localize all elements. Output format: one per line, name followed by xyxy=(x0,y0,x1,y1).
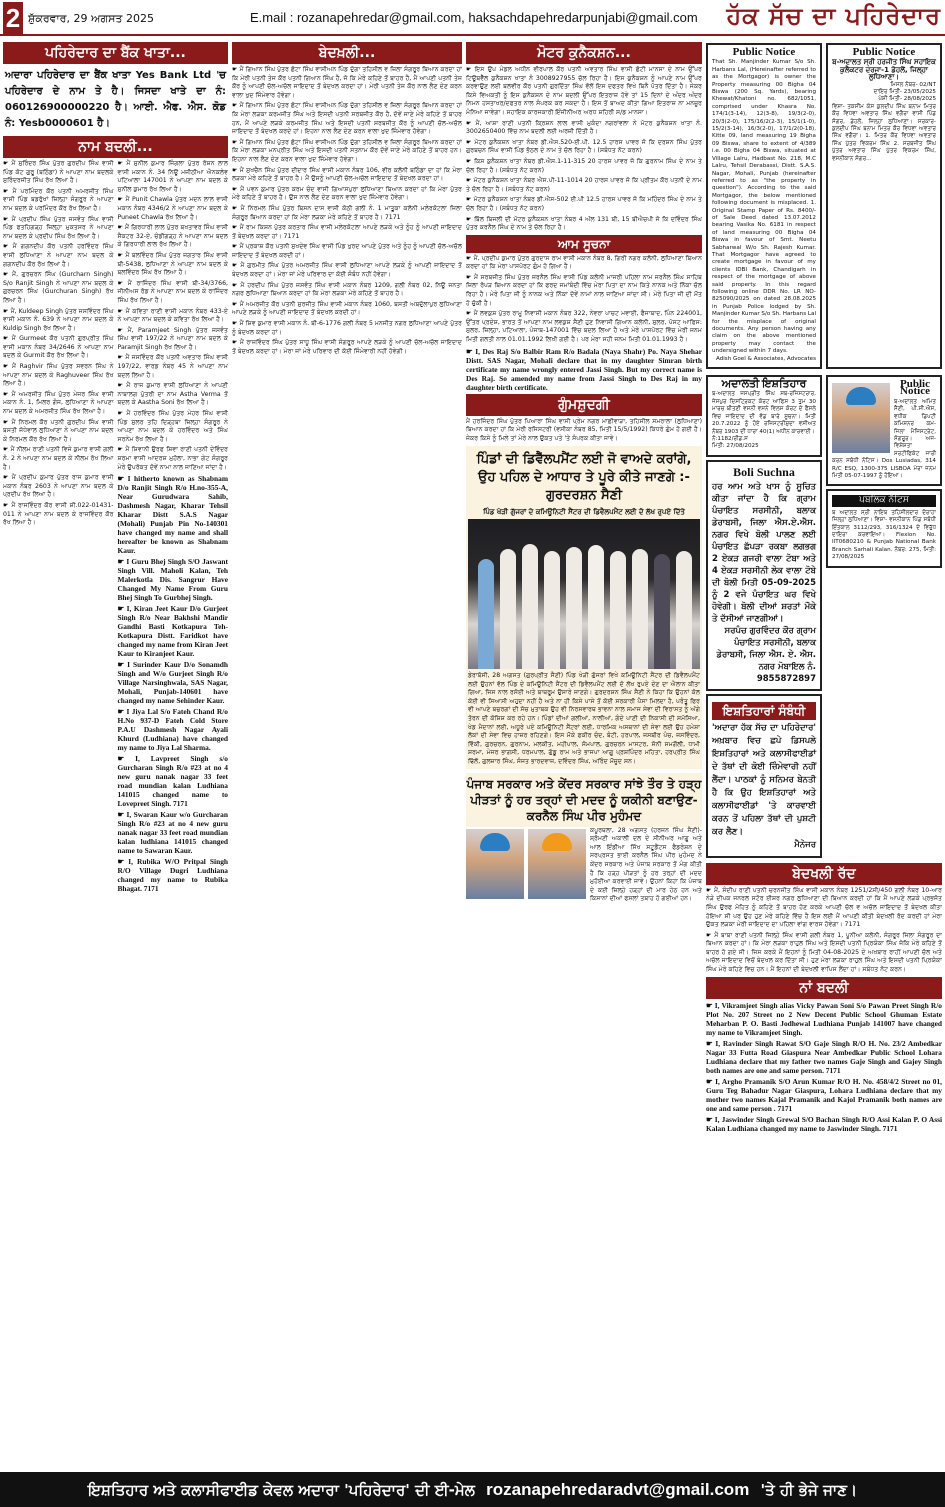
motor-connection-title: ਮੋਟਰ ਕੁਨੈਕਸ਼ਨ... xyxy=(466,42,702,64)
list-item: ਮੈਂ ਹਰਦੀਪ ਸਿੰਘ ਪੁੱਤਰ ਜਸਵੰਤ ਸਿੰਘ ਵਾਸੀ ਮਕਾ… xyxy=(232,282,462,299)
portrait-photo xyxy=(466,829,524,899)
list-item: ਮੈਂ ਸੁਰਿੰਦਰ ਸਿੰਘ ਪੁੱਤਰ ਗੁਰਦੀਪ ਸਿੰਘ ਵਾਸੀ … xyxy=(3,160,114,186)
list-item: I, Argho Pramanik S/O Arun Kumar R/O H. … xyxy=(706,1077,942,1113)
list-item: I Jiya Lal S/o Fateh Chand R/o H.No 937-… xyxy=(118,707,229,752)
subheadline: ਪਿੰਡ ਖੇੜੀ ਗੁੱਜਰਾਂ ਦੇ ਕਮਿਊਨਿਟੀ ਸੈਂਟਰ ਦੀ ਡ… xyxy=(468,508,700,517)
public-notice-certificate: Public Notice ਬ-ਅਦਾਲਤ ਅਮਿਤ ਸੈਣੀ, ਪੀ.ਸੀ.ਐ… xyxy=(826,375,942,486)
list-item: ਮੈਂ ਹਰਵਿੰਦਰ ਸਿੰਘ ਪੁੱਤਰ ਮੇਹਰ ਸਿੰਘ ਵਾਸੀ ਪਿ… xyxy=(118,410,229,444)
lost-notice-text: ਮੈਂ ਹਰਜਿੰਦਰ ਸਿੰਘ ਪੁੱਤਰ ਪਿਆਰਾ ਸਿੰਘ ਵਾਸੀ ਪ… xyxy=(466,418,702,444)
list-item: ਮੈਂ ਨਿਰਮਲ ਸਿੰਘ ਪੁੱਤਰ ਬਿਸਨ ਦਾਸ ਵਾਸੀ ਕੋਠੀ … xyxy=(232,205,462,222)
list-item: ਮੈਂ ਗੁਰਮੀਤ ਸਿੰਘ ਪੁੱਤਰ ਅਮਰਜੀਤ ਸਿੰਘ ਵਾਸੀ ਲ… xyxy=(232,262,462,279)
list-item: I, Rubika W/O Pritpal Singh R/O Village … xyxy=(118,857,229,893)
general-notice-title: ਆਮ ਸੂਚਨਾ xyxy=(466,235,702,253)
lost-notice-title: ਗੁੰਮਸ਼ੁਦਗੀ xyxy=(466,394,702,416)
applicant-photo xyxy=(832,383,890,453)
list-item: ਮੈਂ ਪ੍ਰਕਾਸ਼ ਕੌਰ ਪਤਨੀ ਸੁਖਦੇਵ ਸਿੰਘ ਵਾਸੀ ਪਿ… xyxy=(232,243,462,260)
list-item: ਮੈਂ ਰਾਜਵਿੰਦਰ ਕੌਰ ਵਾਸੀ ਸ਼ੀ.022-01431-011 … xyxy=(3,502,114,528)
list-item: ਮੈਂ ਗਿਆਨ ਸਿੰਘ ਪੁੱਤਰ ਛੋਟਾ ਸਿੰਘ ਵਾਸੀਅਨ ਪਿੰ… xyxy=(232,102,462,136)
list-item: ਮੈਂ ਪਵਨ ਕੁਮਾਰ ਪੁੱਤਰ ਕਰਮ ਚੰਦ ਵਾਸੀ ਗਿਆਸਪੁਰ… xyxy=(232,186,462,203)
list-item: ਮੈਂ ਬਾਬਾ ਰਾਣੀ ਪਤਨੀ ਜਿਲ੍ਹੇ ਸਿੰਘ ਵਾਸੀ ਗਲੀ … xyxy=(706,932,942,975)
news-story-flood-relief: ਪੰਜਾਬ ਸਰਕਾਰ ਅਤੇ ਕੇਂਦਰ ਸਰਕਾਰ ਸਾਂਝੇ ਤੌਰ ਤੇ… xyxy=(466,773,702,904)
masthead: 2 ਸ਼ੁੱਕਰਵਾਰ, 29 ਅਗਸਤ 2025 E.mail : rozan… xyxy=(0,0,945,36)
news-photo-group xyxy=(468,519,700,669)
notice-title: ਇਸ਼ਤਿਹਾਰਾਂ ਸੰਬੰਧੀ ਜ਼ਰੂਰੀ ਬੇਨਤੀ xyxy=(712,702,816,720)
case-number: ਮਿਸਲ ਨੰਬਰ- 02/NT xyxy=(832,82,936,89)
notice-title: Boli Suchna xyxy=(712,466,816,478)
list-item: I Guru Bhej Singh S/O Jaswant Singh Vill… xyxy=(118,557,229,602)
public-notice-partition: Public Notice ਬ-ਅਦਾਲਤ ਸ੍ਰੀ ਹਰਜੀਤ ਸਿੰਘ ਸਹ… xyxy=(826,43,942,369)
footer-email[interactable]: rozanapehredaradvt@gmail.com xyxy=(486,1480,749,1499)
auction-notice: Boli Suchna ਹਰ ਆਮ ਅਤੇ ਖਾਸ ਨੂੰ ਸੂਚਿਤ ਕੀਤਾ… xyxy=(706,460,822,691)
list-item: ਮੈਂ ਅਮਰਜੀਤ ਕੌਰ ਪਤਨੀ ਸੁਰਜੀਤ ਸਿੰਘ ਵਾਸੀ ਮਕਾ… xyxy=(232,301,462,318)
headline: ਪੰਜਾਬ ਸਰਕਾਰ ਅਤੇ ਕੇਂਦਰ ਸਰਕਾਰ ਸਾਂਝੇ ਤੌਰ ਤੇ… xyxy=(466,773,702,827)
notice-body: 'ਅਦਾਰਾ ਹੱਕ ਸੱਚ ਦਾ ਪਹਿਰੇਦਾਰ' ਅਖ਼ਬਾਰ ਵਿਚ ਛ… xyxy=(712,722,816,839)
list-item: ਮੈਂ ਨੀਲਮ ਰਾਣੀ ਪਤਨੀ ਵਿਜੇ ਕੁਮਾਰ ਵਾਸੀ ਗਲੀ ਨ… xyxy=(3,446,114,472)
bank-section-title: ਪਹਿਰੇਦਾਰ ਦਾ ਬੈਂਕ ਖਾਤਾ... xyxy=(3,42,228,64)
footer-text-after: 'ਤੇ ਹੀ ਭੇਜੇ ਜਾਣ। xyxy=(761,1481,858,1499)
list-item: ਮੈਂ, ਸੰਦੀਪ ਰਾਣੀ ਪਤਨੀ ਚਰਨਜੀਤ ਸਿੰਘ ਵਾਸੀ ਮਕ… xyxy=(706,887,942,930)
list-item: ਇਸ ਉਪ ਮੰਡਲ ਅਧੀਨ ਵੀਰਪਾਲ ਕੌਰ ਪਤਨੀ ਅਵਤਾਰ ਸਿ… xyxy=(466,66,702,118)
name-change-english-title: ਨਾਂ ਬਦਲੀ xyxy=(706,977,942,999)
name-change-title: ਨਾਮ ਬਦਲੀ... xyxy=(3,136,228,158)
list-item: ਮੈਂ ਗਿਆਨ ਸਿੰਘ ਪੁੱਤਰ ਛੋਟਾ ਸਿੰਘ ਵਾਸੀਅਨ ਪਿੰ… xyxy=(232,139,462,165)
list-item: ਮੈਂ ਕਵਿਤਾ ਰਾਣੀ ਵਾਸੀ ਮਕਾਨ ਨੰਬਰ 433-ਏ ਨੇ ਆ… xyxy=(118,308,229,325)
news-story-village-development: ਪਿੰਡਾਂ ਦੀ ਡਿਵੈੱਲਪਮੈਂਟ ਲਈ ਜੋ ਵਾਅਦੇ ਕਰਾਂਗੇ… xyxy=(466,446,702,768)
list-item: ਮੈਂ ਜਸਵਿੰਦਰ ਕੌਰ ਪਤਨੀ ਅਵਤਾਰ ਸਿੰਘ ਵਾਸੀ 197… xyxy=(118,354,229,380)
list-item: I, Vikramjeet Singh alias Vicky Pawan So… xyxy=(706,1001,942,1037)
list-item: ਮੋਟਰ ਕੁਨੈਕਸ਼ਨ ਖਾਤਾ ਨੰਬਰ ਐਸ.ਪੀ-11-1014 20… xyxy=(466,177,702,194)
notice-date: ਮਿਤੀ: 27/08/2025 xyxy=(712,443,816,450)
list-item: ਮੈਂ ਸੁਖਚੈਨ ਸਿੰਘ ਪੁੱਤਰ ਦੀਦਾਰ ਸਿੰਘ ਵਾਸੀ ਮਕ… xyxy=(232,167,462,184)
newspaper-logo: ਹੱਕ ਸੱਚ ਦਾ ਪਹਿਰੇਦਾਰ xyxy=(726,2,941,30)
public-notice-tehsildar: ਪਬਲਿਕ ਨੋਟਿਸ ਬ ਅਦਾਲਤ ਸ੍ਰੀ ਨਾਇਬ ਤਹਿਸੀਲਦਾਰ … xyxy=(826,489,942,567)
list-item: I, Swaran Kaur w/o Gurcharan Singh R/o #… xyxy=(118,810,229,855)
list-item: ਮੈਂ ਸ਼ਿਵ ਕੁਮਾਰ ਵਾਸੀ ਮਕਾਨ ਨੰ. ਬੀ-6-1776 ਗ… xyxy=(232,320,462,337)
portrait-photo xyxy=(528,829,586,899)
contact-email[interactable]: E.mail : rozanapehredar@gmail.com, haksa… xyxy=(250,10,698,25)
list-item: I, Ravinder Singh Rawat S/O Gaje Singh R… xyxy=(706,1039,942,1075)
list-item: ਮੈਂ ਗਗਨਦੀਪ ਕੌਰ ਪਤਨੀ ਹਰਵਿੰਦਰ ਸਿੰਘ ਵਾਸੀ ਲੁ… xyxy=(3,243,114,269)
list-item: ਮੈਂ ਲਵਕੁਸ਼ ਪੁੱਤਰ ਰਾਮੂ ਨਿਵਾਸੀ ਮਕਾਨ ਨੰਬਰ 3… xyxy=(466,310,702,344)
notice-signature: ਮੈਨੇਜਰ xyxy=(712,839,816,852)
list-item: I Surinder Kaur D/o Sonamdh Singh and W/… xyxy=(118,660,229,705)
list-item: ਮੈਂ ਸੁਨੀਲ ਕੁਮਾਰ ਜਿੰਗਲਾ ਪੁੱਤਰ ਰੋਸ਼ਨ ਲਾਲ ਵ… xyxy=(118,160,229,194)
notice-body: ਵਿਸ਼ਾ- ਤਕਸੀਮ ਕੇਸ ਕੁਲਦੀਪ ਸਿੰਘ ਬਨਾਮ ਮਿਤਰ ਕ… xyxy=(832,104,936,163)
notice-body: That Sh. Manjinder Kumar S/o Sh. Harbans… xyxy=(712,59,816,355)
notice-signature: Adish Goel & Associates, Advocates xyxy=(712,356,816,363)
footer-banner: ਇਸ਼ਤਿਹਾਰ ਅਤੇ ਕਲਾਸੀਫਾਈਡ ਕੇਵਲ ਅਦਾਰਾ 'ਪਹਿਰੇ… xyxy=(0,1472,945,1507)
hearing-date: ਪੇਸ਼ੀ ਮਿਤੀ- 28/08/2025 xyxy=(832,96,936,103)
notice-title: ਅਦਾਲਤੀ ਇਸ਼ਤਿਹਾਰ xyxy=(712,381,816,388)
list-item: I, Des Raj S/o Balbir Ram R/o Badala (Na… xyxy=(466,347,702,392)
list-item: ਮੈਂ, Kuldeep Singh ਪੁੱਤਰ ਜਸਵਿੰਦਰ ਸਿੰਘ ਵਾ… xyxy=(3,308,114,334)
bank-details: ਅਦਾਰਾ ਪਹਿਰੇਦਾਰ ਦਾ ਬੈਂਕ ਖਾਤਾ Yes Bank Ltd… xyxy=(3,66,228,134)
list-item: ਮੋਟਰ ਕੁਨੈਕਸ਼ਨ ਖਾਤਾ ਨੰਬਰ ਡੀ.ਐਸ-502 ਈ.ਪੀ 1… xyxy=(466,196,702,213)
list-item: ਮੈਂ ਪਰਮਿੰਦਰ ਕੌਰ ਪਤਨੀ ਅਮਰਜੀਤ ਸਿੰਘ ਵਾਸੀ ਪਿ… xyxy=(3,188,114,214)
list-item: ਮੈਂ ਪ੍ਰਦੀਪ ਸਿੰਘ ਪੁੱਤਰ ਜਸਵੰਤ ਸਿੰਘ ਵਾਸੀ ਪਿ… xyxy=(3,216,114,242)
list-item: ਮੈਂ, ਪ੍ਰਦੀਪ ਕੁਮਾਰ ਪੁੱਤਰ ਗੁਰਦਾਸ ਰਾਮ ਵਾਸੀ … xyxy=(466,255,702,272)
column-disinheritance: ਬੇਦਖ਼ਲੀ... ਮੈਂ ਗਿਆਨ ਸਿੰਘ ਪੁੱਤਰ ਛੋਟਾ ਸਿੰਘ… xyxy=(232,40,462,1465)
list-item: ਮੈਂ ਅਮਰਜੀਤ ਸਿੰਘ ਪੁੱਤਰ ਮੇਜਰ ਸਿੰਘ ਵਾਸੀ ਮਕਾ… xyxy=(3,391,114,417)
disinheritance-revoked-title: ਬੇਦਖਲੀ ਰੱਦ xyxy=(706,863,942,885)
notice-title: Public Notice xyxy=(832,49,936,56)
notice-signature: ਸਰਪੰਚ ਗੁਰਵਿੰਦਰ ਕੌਰ ਗ੍ਰਾਮ ਪੰਚਾਇਤ ਸਰਸੀਨੀ, … xyxy=(712,625,816,685)
list-item: ਮੈਂ ਰਾਜਿੰਦਰ ਸਿੰਘ ਵਾਸੀ ਬੀ-34/3766, ਜੀਨੀਅਸ… xyxy=(118,280,229,306)
notice-body: ਬ-ਅਦਾਲਤ ਜਸਪ੍ਰੀਤ ਸਿੰਘ ਸਬ-ਰਜਿਸਟਰਾਰ, ਜੇਸਪੁਰ… xyxy=(712,391,816,435)
list-item: ਮੈਂ ਸ਼ਿਵਾਨੀ ਉਰਫ ਸ਼ਿਵਾ ਰਾਣੀ ਪਤਨੀ ਦੇਵਿੰਦਰ … xyxy=(118,446,229,472)
list-item: ਮੈਂ ਰਾਜ ਕੁਮਾਰ ਵਾਸੀ ਲੁਧਿਆਣਾ ਨੇ ਆਪਣੀ ਨਾਬਾਲ… xyxy=(118,382,229,408)
notice-body: ਹਰ ਆਮ ਅਤੇ ਖਾਸ ਨੂੰ ਸੂਚਿਤ ਕੀਤਾ ਜਾਂਦਾ ਹੈ ਕਿ… xyxy=(712,481,816,625)
issue-date: ਸ਼ੁੱਕਰਵਾਰ, 29 ਅਗਸਤ 2025 xyxy=(28,12,154,26)
notice-title: ਪਬਲਿਕ ਨੋਟਿਸ xyxy=(832,495,936,506)
advertiser-request: ਇਸ਼ਤਿਹਾਰਾਂ ਸੰਬੰਧੀ ਜ਼ਰੂਰੀ ਬੇਨਤੀ 'ਅਦਾਰਾ ਹੱ… xyxy=(706,694,822,858)
list-item: ਮੈਂ, ਆਸ਼ਾ ਰਾਣੀ ਪਤਨੀ ਕ੍ਰਿਸ਼ਨ ਲਾਲ ਵਾਸੀ ਮੁਕ… xyxy=(466,120,702,137)
list-item: I, Kiran Jeet Kaur D/o Gurjeet Singh R/o… xyxy=(118,604,229,658)
notice-body: ਬ ਅਦਾਲਤ ਸ੍ਰੀ ਨਾਇਬ ਤਹਿਸੀਲਦਾਰ ਦੋਰਾਹਾ ਜਿਲ੍ਹ… xyxy=(832,510,936,562)
name-change-list-left: ਮੈਂ ਸੁਰਿੰਦਰ ਸਿੰਘ ਪੁੱਤਰ ਗੁਰਦੀਪ ਸਿੰਘ ਵਾਸੀ … xyxy=(3,160,114,895)
list-item: ਮੈਂ ਗਿਆਨ ਸਿੰਘ ਪੁੱਤਰ ਛੋਟਾ ਸਿੰਘ ਵਾਸੀਅਨ ਪਿੰ… xyxy=(232,66,462,100)
list-item: ਮੈਂ ਗਿਰਧਾਰੀ ਲਾਲ ਪੁੱਤਰ ਬਖਤਾਵਰ ਸਿੰਘ ਵਾਸੀ ਸ… xyxy=(118,224,229,250)
list-item: ਮੈਂ ਸਰਬਜੀਤ ਸਿੰਘ ਪੁੱਤਰ ਜਰਨੈਲ ਸਿੰਘ ਵਾਸੀ ਪਿ… xyxy=(466,274,702,308)
list-item: I hitherto known as Shabnam D/o Ranjit S… xyxy=(118,474,229,555)
public-notice-mortgage: Public Notice That Sh. Manjinder Kumar S… xyxy=(706,43,822,369)
column-motor-news: ਮੋਟਰ ਕੁਨੈਕਸ਼ਨ... ਇਸ ਉਪ ਮੰਡਲ ਅਧੀਨ ਵੀਰਪਾਲ … xyxy=(466,40,702,1465)
court-advertisement: ਅਦਾਲਤੀ ਇਸ਼ਤਿਹਾਰ ਬ-ਅਦਾਲਤ ਜਸਪ੍ਰੀਤ ਸਿੰਘ ਸਬ-… xyxy=(706,375,822,457)
list-item: ਮੈਂ Punit Chawla ਪੁੱਤਰ ਮਦਨ ਲਾਲ ਵਾਸੀ ਮਕਾਨ… xyxy=(118,196,229,222)
list-item: ਮੈਂ ਪ੍ਰਦੀਪ ਕੁਮਾਰ ਪੁੱਤਰ ਰਾਜ ਕੁਮਾਰ ਵਾਸੀ ਮਕ… xyxy=(3,474,114,500)
list-item: I, Lavpreet Singh s/o Gurcharan Singh R/… xyxy=(118,754,229,808)
list-item: ਮੈਂ, ਗੁਰਚਰਨ ਸਿੰਘ (Gurcharn Singh) S/o Ra… xyxy=(3,271,114,305)
column-name-change: ਪਹਿਰੇਦਾਰ ਦਾ ਬੈਂਕ ਖਾਤਾ... ਅਦਾਰਾ ਪਹਿਰੇਦਾਰ … xyxy=(3,40,228,1465)
column-notices: Public Notice That Sh. Manjinder Kumar S… xyxy=(706,40,942,1465)
notice-subtitle: ਬ-ਅਦਾਲਤ ਸ੍ਰੀ ਹਰਜੀਤ ਸਿੰਘ ਸਹਾਇਕ ਕੁਲੈਕਟਰ ਦਰ… xyxy=(832,59,936,81)
list-item: ਮੈਂ ਨਿਰਮਲ ਕੌਰ ਪਤਨੀ ਗੁਰਦੀਪ ਸਿੰਘ ਵਾਸੀ ਬਸਤੀ… xyxy=(3,419,114,445)
disinheritance-title: ਬੇਦਖ਼ਲੀ... xyxy=(232,42,462,64)
footer-text-before: ਇਸ਼ਤਿਹਾਰ ਅਤੇ ਕਲਾਸੀਫਾਈਡ ਕੇਵਲ ਅਦਾਰਾ 'ਪਹਿਰੇ… xyxy=(88,1481,475,1499)
list-item: I, Jaswinder Singh Grewal S/O Bachan Sin… xyxy=(706,1115,942,1133)
list-item: ਮੈਂ ਰਾਜਵਿੰਦਰ ਸਿੰਘ ਪੁੱਤਰ ਸਾਧੂ ਸਿੰਘ ਵਾਸੀ ਸ… xyxy=(232,339,462,356)
headline: ਪਿੰਡਾਂ ਦੀ ਡਿਵੈੱਲਪਮੈਂਟ ਲਈ ਜੋ ਵਾਅਦੇ ਕਰਾਂਗੇ… xyxy=(468,448,700,508)
list-item: ਮੋਟਰ ਕੁਨੈਕਸ਼ਨ ਖਾਤਾ ਨੰਬਰ ਡੀ.ਐਸ.520-ਈ.ਪੀ. … xyxy=(466,139,702,156)
list-item: ਮੈਂ Gurmeet ਕੌਰ ਪਤਨੀ ਗੁਰਪ੍ਰੀਤ ਸਿੰਘ ਵਾਸੀ … xyxy=(3,335,114,361)
list-item: ਕਿਸ ਕੁਨੈਕਸ਼ਨ ਖਾਤਾ ਨੰਬਰ ਡੀ.ਐਸ.1-11-315 20… xyxy=(466,158,702,175)
list-item: ਮੈਂ Raghvir ਸਿੰਘ ਪੁੱਤਰ ਸਵਰਨ ਸਿੰਘ ਨੇ ਆਪਣਾ… xyxy=(3,363,114,389)
notice-title: Public Notice xyxy=(712,49,816,56)
page-number: 2 xyxy=(3,2,23,34)
list-item: ਮੈਂ, Paramjeet Singh ਪੁੱਤਰ ਜਸਵੰਤ ਸਿੰਘ ਵਾ… xyxy=(118,327,229,353)
list-item: ਮੈਂ ਬਲਵਿੰਦਰ ਸਿੰਘ ਪੁੱਤਰ ਜਗਤਾਰ ਸਿੰਘ ਵਾਸੀ ਬ… xyxy=(118,252,229,278)
list-item: ਬਿੱਲ ਬਿਜਲੀ ਦੀ ਮੋਟਰ ਕੁਨੈਕਸ਼ਨ ਖਾਤਾ ਨੰਬਰ 4 … xyxy=(466,216,702,233)
list-item: ਮੈਂ ਰਾਮ ਕਿਸ਼ਨ ਪੁੱਤਰ ਕਰਤਾਰ ਸਿੰਘ ਵਾਸੀ ਮਲੇਰ… xyxy=(232,224,462,241)
story-body: ਡੇਰਾਬੱਸੀ, 28 ਅਗਸਤ (ਗੁਰਪ੍ਰੀਤ ਸੈਣੀ) ਪਿੰਡ ਖ… xyxy=(468,672,700,767)
name-change-list-right: ਮੈਂ ਸੁਨੀਲ ਕੁਮਾਰ ਜਿੰਗਲਾ ਪੁੱਤਰ ਰੋਸ਼ਨ ਲਾਲ ਵ… xyxy=(118,160,229,895)
